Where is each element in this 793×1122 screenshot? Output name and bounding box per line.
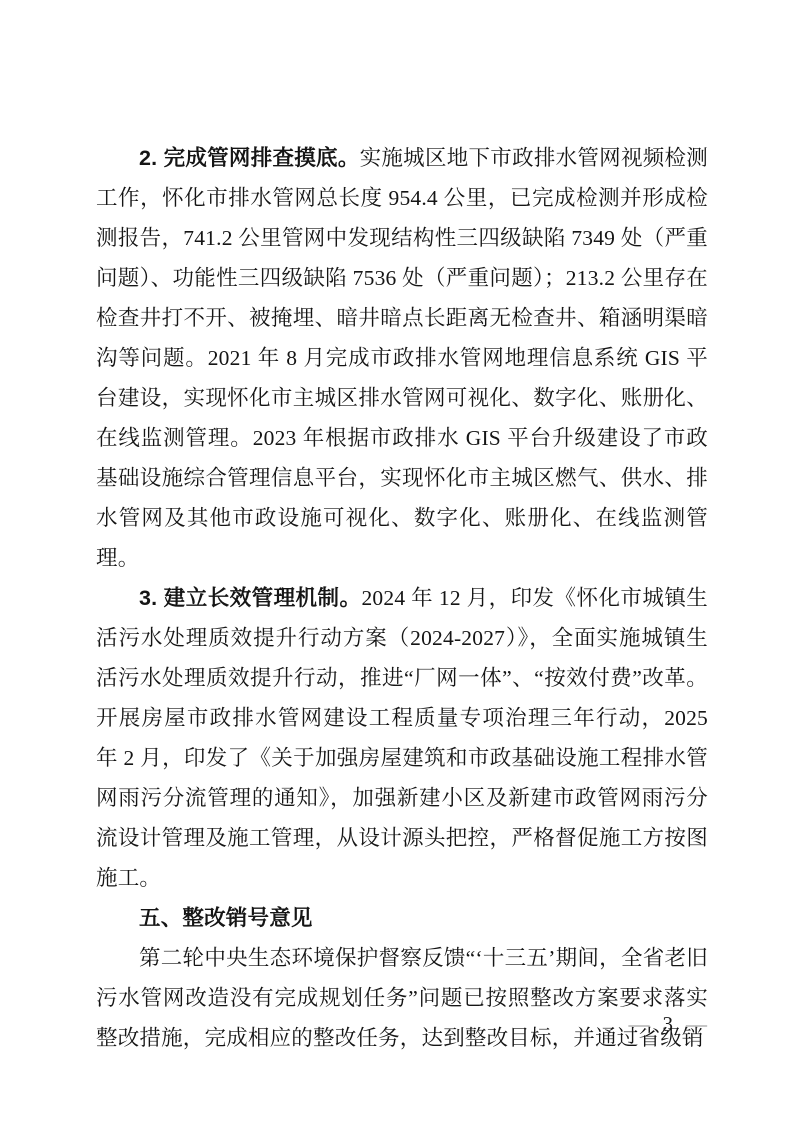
page-number: —3— xyxy=(629,1010,708,1038)
page-number-right-dash: — xyxy=(686,1012,707,1036)
document-body: 2. 完成管网排查摸底。实施城区地下市政排水管网视频检测工作，怀化市排水管网总长… xyxy=(96,138,708,1058)
paragraph-pipeline-survey-text: 实施城区地下市政排水管网视频检测工作，怀化市排水管网总长度 954.4 公里，已… xyxy=(96,146,708,570)
paragraph-pipeline-survey-lead: 2. 完成管网排查摸底。 xyxy=(139,146,360,170)
paragraph-pipeline-survey: 2. 完成管网排查摸底。实施城区地下市政排水管网视频检测工作，怀化市排水管网总长… xyxy=(96,138,708,578)
paragraph-rectification-feedback: 第二轮中央生态环境保护督察反馈“‘十三五’期间，全省老旧污水管网改造没有完成规划… xyxy=(96,938,708,1058)
paragraph-long-term-mechanism-text: 2024 年 12 月，印发《怀化市城镇生活污水处理质效提升行动方案（2024-… xyxy=(96,586,708,890)
page-number-value: 3 xyxy=(663,1012,674,1036)
section-heading-rectification-opinion: 五、整改销号意见 xyxy=(96,898,708,938)
paragraph-long-term-mechanism: 3. 建立长效管理机制。2024 年 12 月，印发《怀化市城镇生活污水处理质效… xyxy=(96,578,708,898)
paragraph-long-term-mechanism-lead: 3. 建立长效管理机制。 xyxy=(139,586,361,610)
page-number-left-dash: — xyxy=(629,1012,650,1036)
document-page: 2. 完成管网排查摸底。实施城区地下市政排水管网视频检测工作，怀化市排水管网总长… xyxy=(0,0,793,1122)
